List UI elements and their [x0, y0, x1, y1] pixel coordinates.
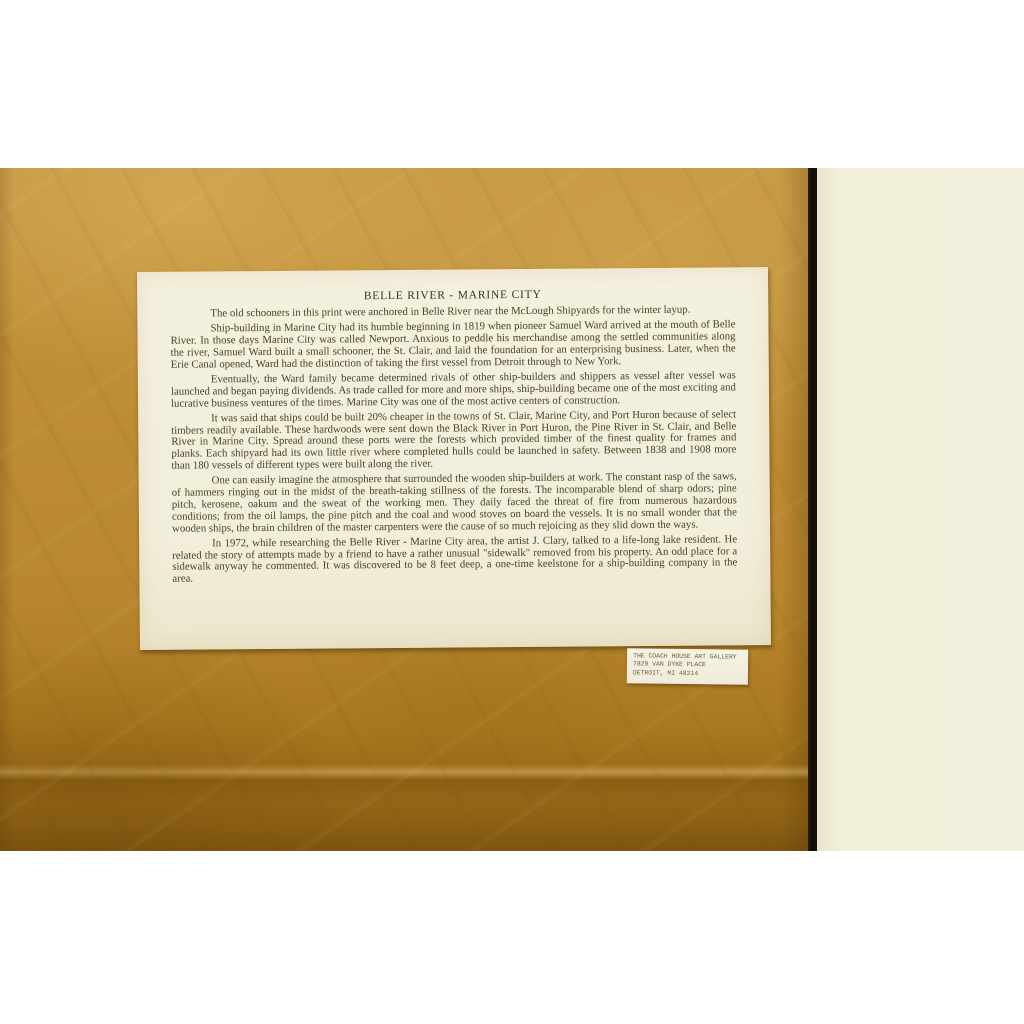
description-sheet: BELLE RIVER - MARINE CITY The old schoon… — [137, 267, 771, 650]
sheet-title: BELLE RIVER - MARINE CITY — [170, 287, 735, 303]
frame-edge — [808, 168, 817, 851]
photo-top-margin — [0, 0, 1024, 168]
sheet-paragraph-1: The old schooners in this print were anc… — [170, 304, 735, 320]
photo-of-framed-print-back: BELLE RIVER - MARINE CITY The old schoon… — [0, 0, 1024, 1024]
gallery-sticker: THE COACH HOUSE ART GALLERY 7820 VAN DYK… — [627, 648, 748, 684]
photo-bottom-margin — [0, 851, 1024, 1024]
wall-background — [817, 168, 1024, 851]
sheet-paragraph-2: Ship-building in Marine City had its hum… — [170, 320, 735, 372]
sheet-paragraph-4: It was said that ships could be built 20… — [171, 409, 736, 472]
gallery-city: DETROIT, MI 48214 — [633, 669, 748, 679]
sheet-paragraph-6: In 1972, while researching the Belle Riv… — [172, 534, 737, 586]
sheet-paragraph-3: Eventually, the Ward family became deter… — [171, 370, 736, 410]
sheet-paragraph-5: One can easily imagine the atmosphere th… — [172, 472, 737, 535]
